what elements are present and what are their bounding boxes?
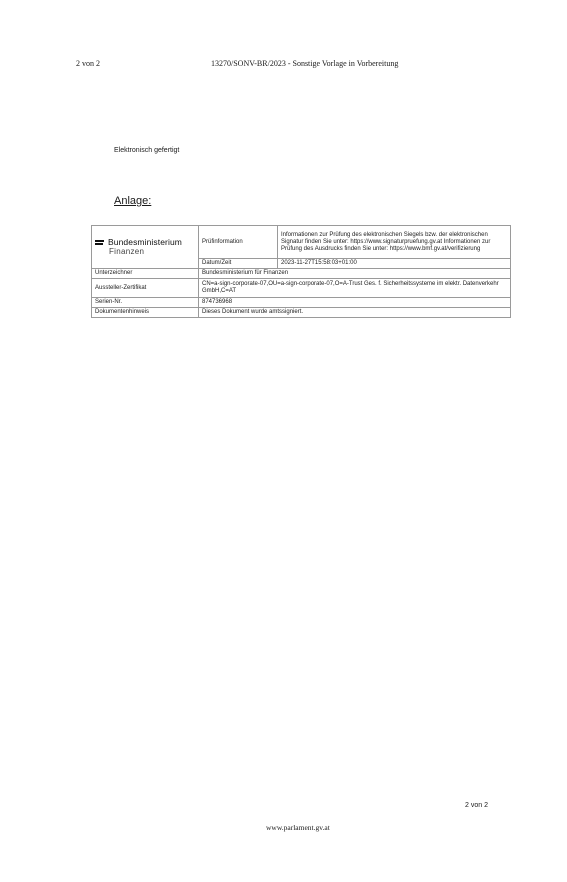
row-label: Aussteller-Zertifikat	[92, 279, 199, 298]
logo-cell: Bundesministerium Finanzen	[92, 226, 199, 269]
signature-table: Bundesministerium Finanzen Prüfinformati…	[91, 225, 511, 318]
pruefinformation-label: Prüfinformation	[199, 226, 278, 259]
bmf-logo-mark-icon	[95, 240, 104, 245]
pruefinformation-value: Informationen zur Prüfung des elektronis…	[278, 226, 511, 259]
row-label: Serien-Nr.	[92, 298, 199, 308]
attachment-heading: Anlage:	[114, 195, 151, 207]
row-value: 874736968	[199, 298, 511, 308]
logo-title: Bundesministerium	[108, 239, 182, 246]
footer-url[interactable]: www.parlament.gv.at	[266, 823, 330, 832]
bmf-logo: Bundesministerium	[95, 239, 195, 246]
table-row: Unterzeichner Bundesministerium für Fina…	[92, 269, 511, 279]
table-row: Bundesministerium Finanzen Prüfinformati…	[92, 226, 511, 259]
row-label: Dokumentenhinweis	[92, 308, 199, 318]
row-value: Dieses Dokument wurde amtssigniert.	[199, 308, 511, 318]
row-value: Bundesministerium für Finanzen	[199, 269, 511, 279]
footer-page-indicator: 2 von 2	[465, 802, 488, 809]
datum-label: Datum/Zeit	[199, 259, 278, 269]
header-page-indicator: 2 von 2	[76, 59, 100, 68]
signed-note: Elektronisch gefertigt	[114, 147, 179, 154]
logo-subtitle: Finanzen	[109, 248, 195, 255]
row-value: CN=a-sign-corporate-07,OU=a-sign-corpora…	[199, 279, 511, 298]
header-document-title: 13270/SONV-BR/2023 - Sonstige Vorlage in…	[211, 59, 398, 68]
table-row: Serien-Nr. 874736968	[92, 298, 511, 308]
row-label: Unterzeichner	[92, 269, 199, 279]
table-row: Aussteller-Zertifikat CN=a-sign-corporat…	[92, 279, 511, 298]
datum-value: 2023-11-27T15:58:03+01:00	[278, 259, 511, 269]
table-row: Dokumentenhinweis Dieses Dokument wurde …	[92, 308, 511, 318]
